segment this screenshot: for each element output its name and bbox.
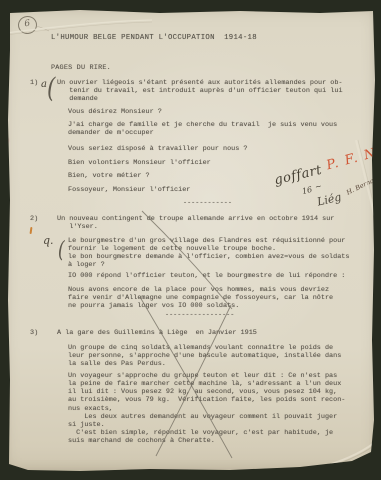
dialog-line: Bien volontiers Monsieur l'officier [68, 159, 211, 167]
dialog-line: Fossoyeur, Monsieur l'officier [68, 186, 190, 194]
dialog-line: Vous seriez disposé à travailler pour no… [68, 145, 247, 153]
paragraph: Le bourgmestre d'un gros village des Fla… [68, 237, 349, 270]
pink-stain [3, 134, 11, 147]
handwritten-bracket: ( [47, 75, 55, 102]
page-title: L'HUMOUR BELGE PENDANT L'OCCUPATION 1914… [51, 34, 257, 42]
paragraph: Un voyageur s'approche du groupe teuton … [68, 372, 345, 429]
paragraph: IO 000 répond l'officier teuton, et le b… [68, 272, 345, 280]
section-2-intro: Un nouveau contingent de troupe allemand… [57, 215, 334, 231]
paragraph: Un groupe de cinq soldats allemands voul… [68, 344, 341, 368]
separator-dashes: ----------------- [165, 311, 234, 319]
document-subtitle: PAGES DU RIRE. [51, 64, 111, 72]
section-1-intro: Un ouvrier liégeois s'étant présenté aux… [57, 79, 343, 103]
section-2-number: 2) [30, 215, 38, 223]
paper-sheet: L'HUMOUR BELGE PENDANT L'OCCUPATION 1914… [0, 0, 381, 480]
handwritten-letter-mark: q. [43, 234, 54, 247]
separator-dashes: ------------ [183, 199, 232, 207]
dialog-line: Vous désirez Monsieur ? [68, 108, 162, 116]
dialog-line: Bien, votre métier ? [68, 172, 150, 180]
document-scan: L'HUMOUR BELGE PENDANT L'OCCUPATION 1914… [0, 0, 381, 480]
section-3-intro: A la gare des Guillemins à Liège en Janv… [57, 329, 257, 337]
section-1-number: 1) [30, 79, 38, 87]
paragraph: Nous avons encore de la place pour vos h… [68, 286, 333, 310]
dialog-line: J'ai charge de famille et je cherche du … [68, 121, 337, 137]
handwritten-bracket: ( [58, 240, 65, 262]
paragraph: C'est bien simple, répondit le voyageur,… [68, 429, 333, 445]
section-3-number: 3) [30, 329, 38, 337]
